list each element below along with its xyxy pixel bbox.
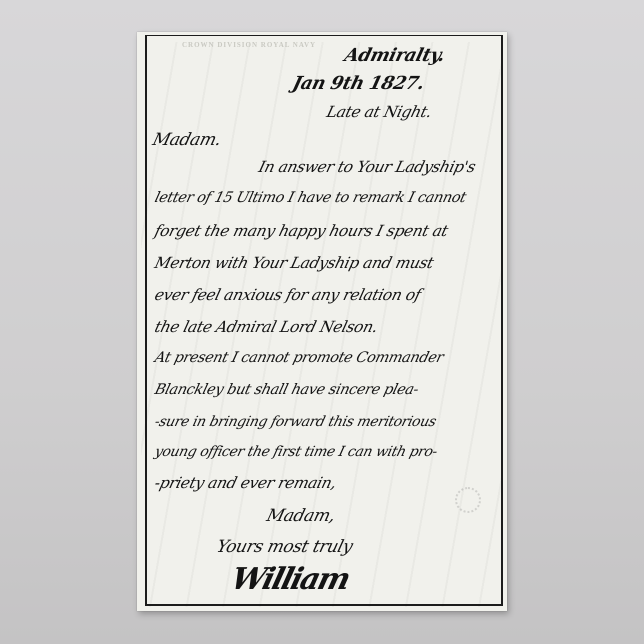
letter-address: Admiralty.: [342, 45, 447, 66]
letter-body-line: Merton with Your Ladyship and must: [153, 254, 436, 272]
letter-body-line: -sure in bringing forward this meritorio…: [153, 414, 438, 430]
poster: CROWN DIVISION ROYAL NAVY Admiralty. Jan…: [137, 32, 507, 611]
letter-closing-salutation: Madam,: [265, 506, 338, 526]
letter-body-line: the late Admiral Lord Nelson.: [153, 318, 380, 336]
letter-closing: Yours most truly: [215, 537, 355, 557]
letter-body-line: letter of 15 Ultimo I have to remark I c…: [153, 190, 468, 206]
letter-time-note: Late at Night.: [325, 103, 434, 121]
letter-salutation: Madam.: [151, 130, 224, 150]
letter-signature: William: [228, 562, 353, 597]
letter-body-line: young officer the first time I can with …: [153, 444, 439, 460]
letter-body-line: Blanckley but shall have sincere plea-: [153, 382, 420, 398]
letter-body-line: forget the many happy hours I spent at: [153, 222, 450, 240]
letter-body-line: At present I cannot promote Commander: [153, 350, 445, 366]
letter-body-line: In answer to Your Ladyship's: [257, 158, 478, 176]
letter-body-line: ever feel anxious for any relation of: [153, 286, 423, 304]
letter-date: Jan 9th 1827.: [290, 73, 426, 94]
letter-body-line: -priety and ever remain,: [153, 474, 338, 492]
